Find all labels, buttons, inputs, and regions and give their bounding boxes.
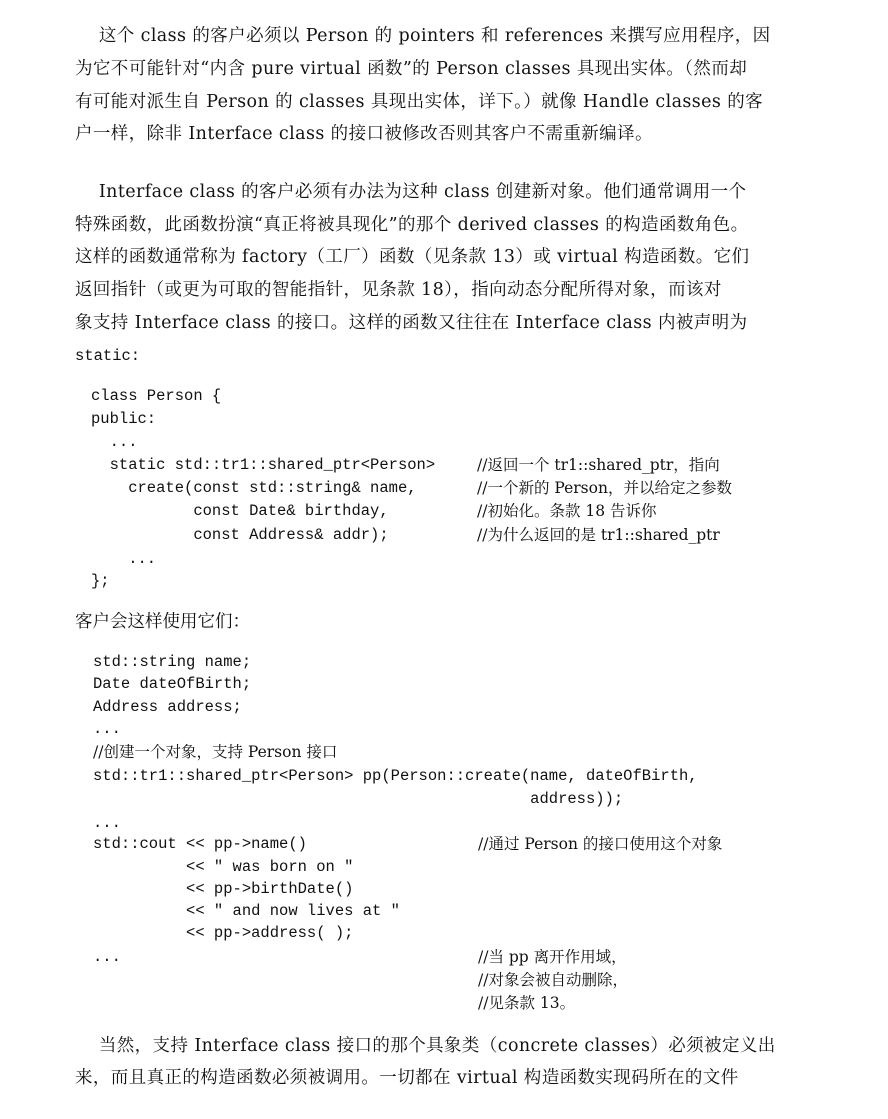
text-line: Interface class 的客户必须有办法为这种 class 创建新对象。… (75, 180, 746, 204)
code-comment: //创建一个对象，支持 Person 接口 (93, 741, 337, 763)
code-comment: //当 pp 离开作用域， (478, 946, 627, 968)
code-line: std::string name; (93, 651, 251, 673)
code-line: Address address; (93, 696, 242, 718)
code-line: class Person { (91, 385, 221, 407)
code-line: public: (91, 408, 156, 430)
code-comment: //为什么返回的是 tr1::shared_ptr (477, 524, 720, 546)
code-line: ... (93, 946, 121, 968)
code-line: const Address& addr); (91, 524, 389, 546)
text-line: 返回指针（或更为可取的智能指针，见条款 18），指向动态分配所得对象，而该对 (75, 278, 722, 302)
text-line: 特殊函数，此函数扮演“真正将被具现化”的那个 derived classes 的… (75, 213, 748, 237)
code-line: std::tr1::shared_ptr<Person> pp(Person::… (93, 765, 698, 787)
text-line: 为它不可能针对“内含 pure virtual 函数”的 Person clas… (75, 57, 747, 81)
code-line: ... (93, 718, 121, 740)
code-line: Date dateOfBirth; (93, 673, 251, 695)
code-line: const Date& birthday, (91, 500, 389, 522)
code-line: ... (91, 431, 138, 453)
text-line: 有可能对派生自 Person 的 classes 具现出实体，详下。）就像 Ha… (75, 90, 763, 114)
code-line: ... (93, 812, 121, 834)
text-line: 这个 class 的客户必须以 Person 的 pointers 和 refe… (75, 24, 771, 48)
text-line: 这样的函数通常称为 factory（工厂）函数（见条款 13）或 virtual… (75, 245, 749, 269)
code-line: std::cout << pp->name() (93, 833, 307, 855)
code-line: << " and now lives at " (93, 900, 400, 922)
code-line: << " was born on " (93, 856, 353, 878)
paragraph-3: 客户会这样使用它们： (75, 610, 250, 634)
code-line: ... (91, 548, 156, 570)
code-line: static std::tr1::shared_ptr<Person> (91, 454, 435, 476)
code-comment: //返回一个 tr1::shared_ptr，指向 (477, 454, 720, 476)
code-line: address)); (93, 788, 623, 810)
code-comment: //见条款 13。 (478, 992, 575, 1014)
code-comment: //一个新的 Person，并以给定之参数 (477, 477, 732, 499)
text-line: 户一样，除非 Interface class 的接口被修改否则其客户不需重新编译… (75, 122, 653, 146)
text-line: 来，而且真正的构造函数必须被调用。一切都在 virtual 构造函数实现码所在的… (75, 1066, 739, 1090)
code-line: }; (91, 570, 110, 592)
code-comment: //通过 Person 的接口使用这个对象 (478, 833, 722, 855)
code-keyword-static: static: (75, 345, 140, 367)
text-line: 当然，支持 Interface class 接口的那个具象类（concrete … (75, 1034, 776, 1058)
code-line: create(const std::string& name, (91, 477, 417, 499)
code-comment: //初始化。条款 18 告诉你 (477, 500, 657, 522)
text-line: 象支持 Interface class 的接口。这样的函数又往往在 Interf… (75, 311, 747, 335)
code-line: << pp->birthDate() (93, 878, 353, 900)
code-line: << pp->address( ); (93, 922, 353, 944)
code-comment: //对象会被自动删除， (478, 969, 628, 991)
